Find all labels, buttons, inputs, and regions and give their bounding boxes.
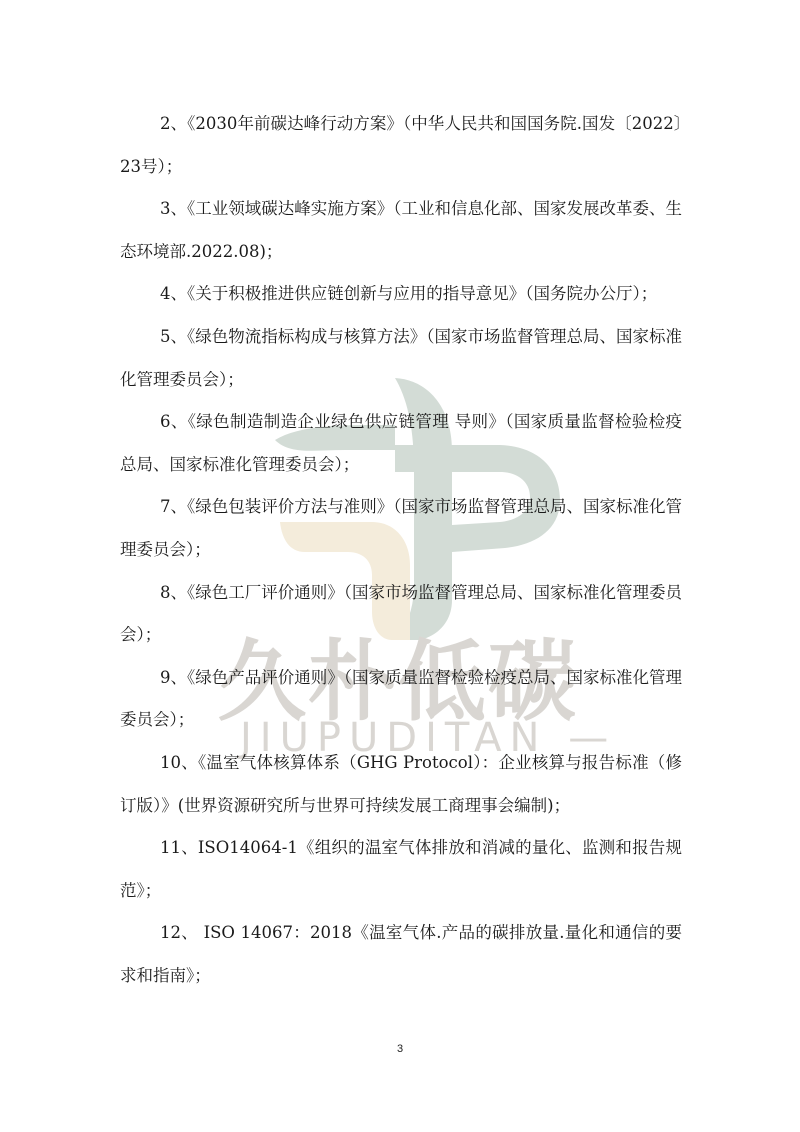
reference-item-4: 4、《关于积极推进供应链创新与应用的指导意见》（国务院办公厅）； (120, 273, 682, 316)
reference-item-3: 3、《工业领域碳达峰实施方案》（工业和信息化部、国家发展改革委、生态环境部.20… (120, 188, 682, 273)
reference-number: 10、 (160, 753, 198, 772)
reference-text: 《工业领域碳达峰实施方案》（工业和信息化部、国家发展改革委、生态环境部.2022… (120, 199, 682, 261)
reference-item-12: 12、 ISO 14067：2018《温室气体.产品的碳排放量.量化和通信的要求… (120, 912, 682, 997)
reference-item-11: 11、ISO14064-1《组织的温室气体排放和消减的量化、监测和报告规范》； (120, 827, 682, 912)
reference-number: 9、 (160, 668, 187, 687)
reference-text: 《绿色工厂评价通则》（国家市场监督管理总局、国家标准化管理委员会）； (120, 583, 682, 645)
reference-item-2: 2、《2030年前碳达峰行动方案》（中华人民共和国国务院.国发〔2022〕23号… (120, 103, 682, 188)
reference-number: 12、 (160, 923, 198, 942)
reference-text: 《关于积极推进供应链创新与应用的指导意见》（国务院办公厅）； (187, 284, 657, 303)
reference-number: 2、 (160, 114, 187, 133)
reference-number: 7、 (160, 497, 187, 516)
reference-number: 5、 (160, 327, 187, 346)
reference-number: 11、 (160, 838, 198, 857)
page-number: 3 (0, 1043, 800, 1055)
document-page: 久朴低碳 JIUPUDITAN — 2、《2030年前碳达峰行动方案》（中华人民… (0, 0, 800, 1132)
reference-item-7: 7、《绿色包装评价方法与准则》（国家市场监督管理总局、国家标准化管理委员会）； (120, 486, 682, 571)
reference-item-10: 10、《温室气体核算体系（GHG Protocol）：企业核算与报告标准（修订版… (120, 742, 682, 827)
reference-text: 《绿色包装评价方法与准则》（国家市场监督管理总局、国家标准化管理委员会）； (120, 497, 682, 559)
reference-text: 《绿色产品评价通则》（国家质量监督检验检疫总局、国家标准化管理委员会）； (120, 668, 682, 730)
reference-text: 《绿色物流指标构成与核算方法》（国家市场监督管理总局、国家标准化管理委员会）； (120, 327, 682, 389)
reference-number: 4、 (160, 284, 187, 303)
reference-text: 《温室气体核算体系（GHG Protocol）：企业核算与报告标准（修订版）》(… (120, 753, 682, 815)
reference-item-5: 5、《绿色物流指标构成与核算方法》（国家市场监督管理总局、国家标准化管理委员会）… (120, 316, 682, 401)
reference-number: 3、 (160, 199, 187, 218)
reference-number: 8、 (160, 583, 187, 602)
reference-text: ISO14064-1《组织的温室气体排放和消减的量化、监测和报告规范》； (120, 838, 682, 900)
reference-text: 《绿色制造制造企业绿色供应链管理 导则》（国家质量监督检验检疫总局、国家标准化管… (120, 412, 682, 474)
reference-text: ISO 14067：2018《温室气体.产品的碳排放量.量化和通信的要求和指南》… (120, 923, 682, 985)
reference-list: 2、《2030年前碳达峰行动方案》（中华人民共和国国务院.国发〔2022〕23号… (120, 103, 682, 997)
reference-item-9: 9、《绿色产品评价通则》（国家质量监督检验检疫总局、国家标准化管理委员会）； (120, 657, 682, 742)
reference-number: 6、 (160, 412, 188, 431)
reference-text: 《2030年前碳达峰行动方案》（中华人民共和国国务院.国发〔2022〕23号）； (120, 114, 682, 176)
reference-item-6: 6、《绿色制造制造企业绿色供应链管理 导则》（国家质量监督检验检疫总局、国家标准… (120, 401, 682, 486)
reference-item-8: 8、《绿色工厂评价通则》（国家市场监督管理总局、国家标准化管理委员会）； (120, 572, 682, 657)
